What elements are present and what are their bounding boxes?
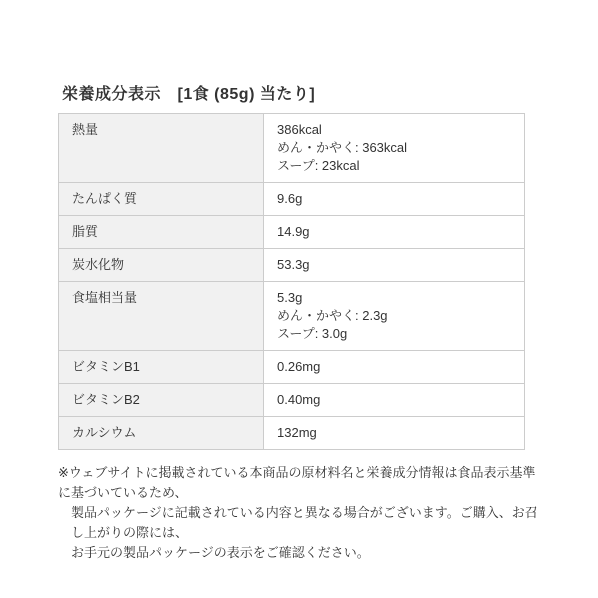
value-line: スープ: 23kcal: [277, 157, 511, 175]
row-label-salt: 食塩相当量: [59, 282, 264, 351]
nutrition-table: 熱量 386kcal めん・かやく: 363kcal スープ: 23kcal た…: [58, 113, 525, 450]
footnote-line: お手元の製品パッケージの表示をご確認ください。: [58, 543, 548, 563]
row-value-energy: 386kcal めん・かやく: 363kcal スープ: 23kcal: [264, 114, 525, 183]
table-row-salt: 食塩相当量 5.3g めん・かやく: 2.3g スープ: 3.0g: [59, 282, 525, 351]
value-line: 386kcal: [277, 121, 511, 139]
table-row-fat: 脂質 14.9g: [59, 216, 525, 249]
row-value-calcium: 132mg: [264, 417, 525, 450]
row-label-fat: 脂質: [59, 216, 264, 249]
row-value-carbohydrate: 53.3g: [264, 249, 525, 282]
value-line: 14.9g: [277, 223, 511, 241]
value-line: めん・かやく: 2.3g: [277, 307, 511, 325]
row-value-salt: 5.3g めん・かやく: 2.3g スープ: 3.0g: [264, 282, 525, 351]
row-value-vitamin-b1: 0.26mg: [264, 351, 525, 384]
nutrition-title: 栄養成分表示 [1食 (85g) 当たり]: [62, 86, 558, 104]
table-row-vitamin-b1: ビタミンB1 0.26mg: [59, 351, 525, 384]
row-value-fat: 14.9g: [264, 216, 525, 249]
footnote-line: 製品パッケージに記載されている内容と異なる場合がございます。ご購入、お召し上がり…: [58, 503, 548, 543]
value-line: 53.3g: [277, 256, 511, 274]
row-label-vitamin-b1: ビタミンB1: [59, 351, 264, 384]
row-label-energy: 熱量: [59, 114, 264, 183]
table-row-carbohydrate: 炭水化物 53.3g: [59, 249, 525, 282]
nutrition-section: 栄養成分表示 [1食 (85g) 当たり] 熱量 386kcal めん・かやく:…: [58, 86, 558, 563]
value-line: 0.40mg: [277, 391, 511, 409]
row-value-protein: 9.6g: [264, 183, 525, 216]
table-row-vitamin-b2: ビタミンB2 0.40mg: [59, 384, 525, 417]
footnote-line: ※ウェブサイトに掲載されている本商品の原材料名と栄養成分情報は食品表示基準に基づ…: [58, 463, 548, 503]
value-line: 5.3g: [277, 289, 511, 307]
row-label-carbohydrate: 炭水化物: [59, 249, 264, 282]
value-line: スープ: 3.0g: [277, 325, 511, 343]
row-label-calcium: カルシウム: [59, 417, 264, 450]
row-label-vitamin-b2: ビタミンB2: [59, 384, 264, 417]
disclaimer-footnote: ※ウェブサイトに掲載されている本商品の原材料名と栄養成分情報は食品表示基準に基づ…: [58, 463, 548, 563]
table-row-calcium: カルシウム 132mg: [59, 417, 525, 450]
value-line: 9.6g: [277, 190, 511, 208]
value-line: 132mg: [277, 424, 511, 442]
value-line: 0.26mg: [277, 358, 511, 376]
table-row-energy: 熱量 386kcal めん・かやく: 363kcal スープ: 23kcal: [59, 114, 525, 183]
value-line: めん・かやく: 363kcal: [277, 139, 511, 157]
row-value-vitamin-b2: 0.40mg: [264, 384, 525, 417]
row-label-protein: たんぱく質: [59, 183, 264, 216]
table-row-protein: たんぱく質 9.6g: [59, 183, 525, 216]
